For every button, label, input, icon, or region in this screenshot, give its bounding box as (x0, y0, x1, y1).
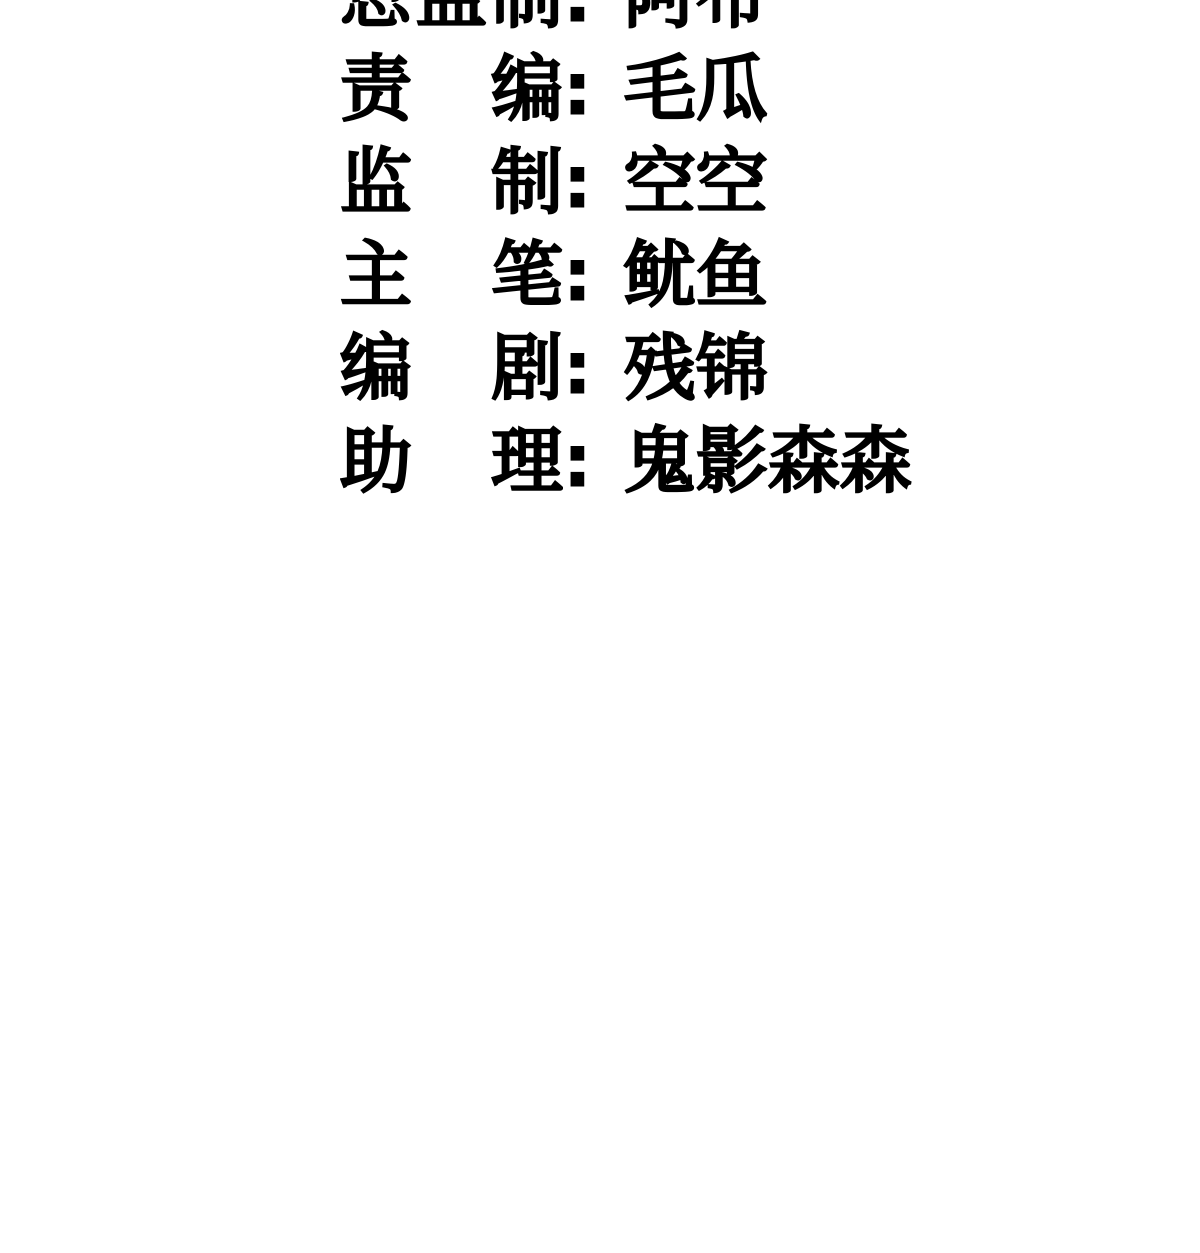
credits-page: 总监制 : 阿布 责编 : 毛瓜 监制 : 空空 主笔 : 鱿鱼 编剧 : 残锦… (0, 0, 1200, 1253)
credit-role: 总监制 (340, 0, 563, 43)
credit-row-assistant: 助理 : 鬼影森森 (340, 415, 912, 508)
credit-role: 责编 (340, 43, 563, 136)
credit-role: 主笔 (340, 229, 563, 322)
credit-colon: : (563, 136, 592, 229)
credit-row-editor: 责编 : 毛瓜 (340, 43, 912, 136)
credit-role: 编剧 (340, 322, 563, 415)
credit-name: 空空 (624, 136, 768, 229)
credit-name: 鬼影森森 (624, 415, 912, 508)
credit-colon: : (563, 229, 592, 322)
credit-name: 残锦 (624, 322, 768, 415)
credit-row-chief-producer: 总监制 : 阿布 (340, 0, 912, 43)
credit-name: 鱿鱼 (624, 229, 768, 322)
credit-role: 监制 (340, 136, 563, 229)
credit-colon: : (563, 0, 592, 43)
credit-row-producer: 监制 : 空空 (340, 136, 912, 229)
credits-list: 总监制 : 阿布 责编 : 毛瓜 监制 : 空空 主笔 : 鱿鱼 编剧 : 残锦… (340, 0, 912, 508)
credit-row-lead-artist: 主笔 : 鱿鱼 (340, 229, 912, 322)
credit-colon: : (563, 322, 592, 415)
credit-role: 助理 (340, 415, 563, 508)
credit-name: 毛瓜 (624, 43, 768, 136)
credit-colon: : (563, 415, 592, 508)
credit-name: 阿布 (624, 0, 768, 43)
credit-row-screenwriter: 编剧 : 残锦 (340, 322, 912, 415)
credit-colon: : (563, 43, 592, 136)
